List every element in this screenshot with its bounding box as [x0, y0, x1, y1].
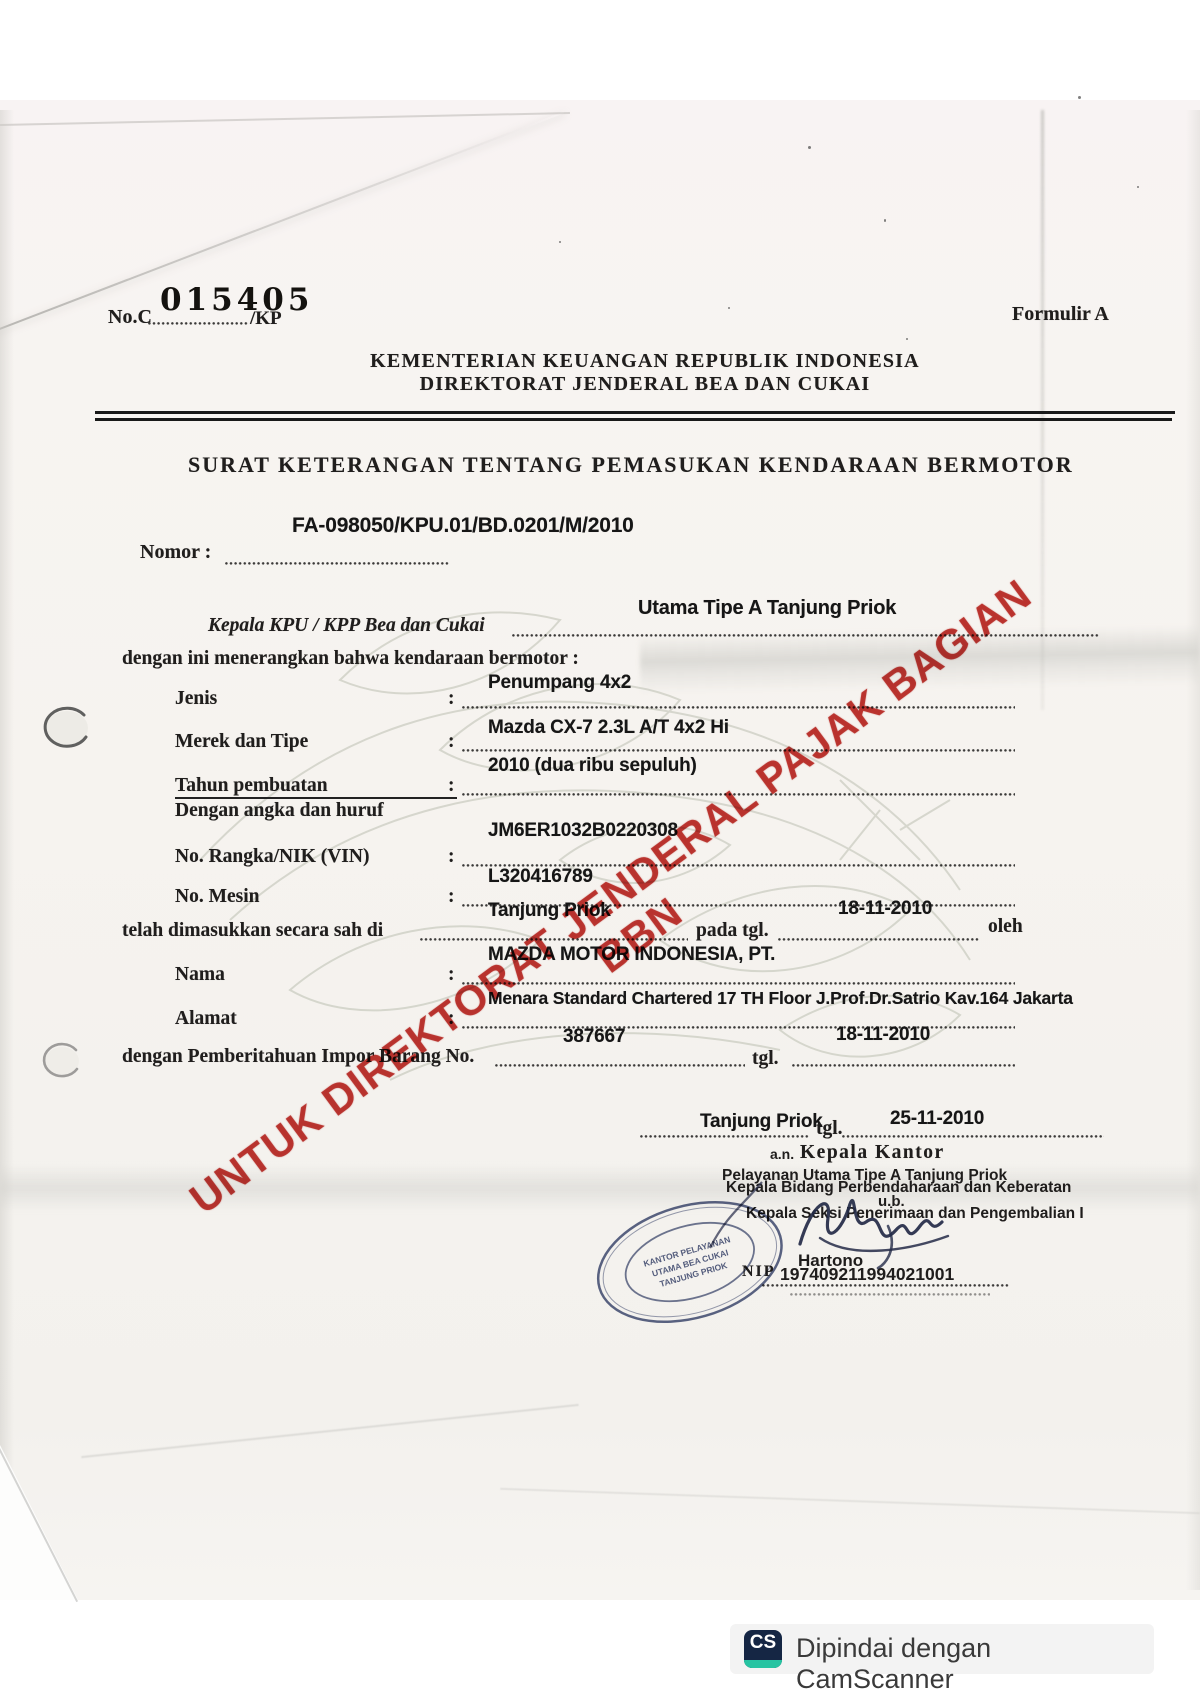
dotted-line: [842, 1135, 1104, 1138]
dust-speck: [1078, 96, 1081, 99]
dust-speck: [728, 307, 730, 309]
row-colon: :: [448, 775, 455, 797]
signature-place-value: Tanjung Priok: [700, 1111, 823, 1133]
form-type-label: Formulir A: [1012, 303, 1109, 326]
ministry-header-line2: DIREKTORAT JENDERAL BEA DAN CUKAI: [300, 373, 990, 396]
signature-tgl-label: tgl.: [816, 1118, 843, 1140]
intro-statement: dengan ini menerangkan bahwa kendaraan b…: [122, 648, 579, 670]
an-label: a.n.: [770, 1146, 794, 1162]
kepala-office-label: Kepala KPU / KPP Bea dan Cukai: [208, 615, 485, 637]
kepala-office-value: Utama Tipe A Tanjung Priok: [638, 597, 896, 620]
pib-date-value: 18-11-2010: [836, 1024, 930, 1046]
importer-address-label: Alamat: [175, 1008, 237, 1030]
row-colon: :: [448, 688, 455, 710]
nomor-label: Nomor :: [140, 541, 211, 564]
merek-tipe-label: Merek dan Tipe: [175, 731, 308, 753]
dotted-line: [148, 322, 248, 325]
ministry-header-line1: KEMENTERIAN KEUANGAN REPUBLIK INDONESIA: [300, 350, 990, 373]
nomor-value: FA-098050/KPU.01/BD.0201/M/2010: [292, 514, 634, 538]
entry-mid-label: pada tgl.: [696, 920, 769, 942]
camscanner-icon-letters: CS: [744, 1632, 782, 1654]
camscanner-badge: CS Dipindai dengan CamScanner: [730, 1624, 1154, 1674]
entry-end-label: oleh: [988, 916, 1023, 938]
dotted-line: [792, 1064, 1015, 1067]
scanned-document-page: No.C 015405 /KP Formulir A KEMENTERIAN K…: [0, 0, 1200, 1698]
dotted-line: [640, 1135, 810, 1138]
serial-prefix-label: No.C: [108, 306, 152, 329]
row-colon: :: [448, 886, 455, 908]
punch-hole-bottom: [38, 1038, 86, 1086]
vin-label: No. Rangka/NIK (VIN): [175, 846, 369, 868]
handwritten-signature: [790, 1190, 960, 1270]
pib-mid-label: tgl.: [752, 1048, 779, 1070]
dotted-line: [225, 562, 450, 565]
dust-speck: [808, 146, 811, 149]
camscanner-caption: Dipindai dengan CamScanner: [796, 1633, 1154, 1695]
engine-number-value: L320416789: [488, 866, 593, 888]
punch-hole-top: [40, 702, 92, 754]
kepala-kantor-label: Kepala Kantor: [800, 1142, 945, 1164]
row-colon: :: [448, 731, 455, 753]
tahun-value: 2010 (dua ribu sepuluh): [488, 755, 697, 777]
jenis-label: Jenis: [175, 688, 217, 710]
dust-speck: [906, 338, 908, 340]
tahun-label: Tahun pembuatan: [175, 775, 328, 797]
dotted-line: [790, 1293, 990, 1296]
document-title: SURAT KETERANGAN TENTANG PEMASUKAN KENDA…: [188, 452, 1028, 478]
jenis-value: Penumpang 4x2: [488, 672, 631, 694]
header-rule-bottom: [95, 418, 1172, 421]
importer-name-label: Nama: [175, 964, 225, 986]
serial-number-stamp: 015405: [160, 282, 313, 318]
dotted-line: [462, 749, 1015, 752]
dust-speck: [559, 241, 561, 243]
merek-tipe-value: Mazda CX-7 2.3L A/T 4x2 Hi: [488, 717, 729, 739]
serial-suffix-label: /KP: [250, 308, 282, 330]
dust-speck: [1137, 186, 1139, 188]
tahun-underline: [175, 797, 457, 799]
entry-label: telah dimasukkan secara sah di: [122, 920, 383, 942]
signature-date-value: 25-11-2010: [890, 1108, 984, 1130]
engine-number-label: No. Mesin: [175, 886, 260, 908]
camscanner-icon: CS: [744, 1630, 782, 1668]
dust-speck: [884, 219, 886, 222]
dotted-line: [495, 1064, 745, 1067]
entry-date-value: 18-11-2010: [838, 898, 932, 920]
tahun-sublabel: Dengan angka dan huruf: [175, 800, 384, 822]
pib-number-value: 387667: [563, 1026, 625, 1048]
dotted-line: [778, 938, 980, 941]
header-rule-top: [95, 411, 1175, 414]
camscanner-icon-accent: [744, 1660, 782, 1668]
row-colon: :: [448, 846, 455, 868]
